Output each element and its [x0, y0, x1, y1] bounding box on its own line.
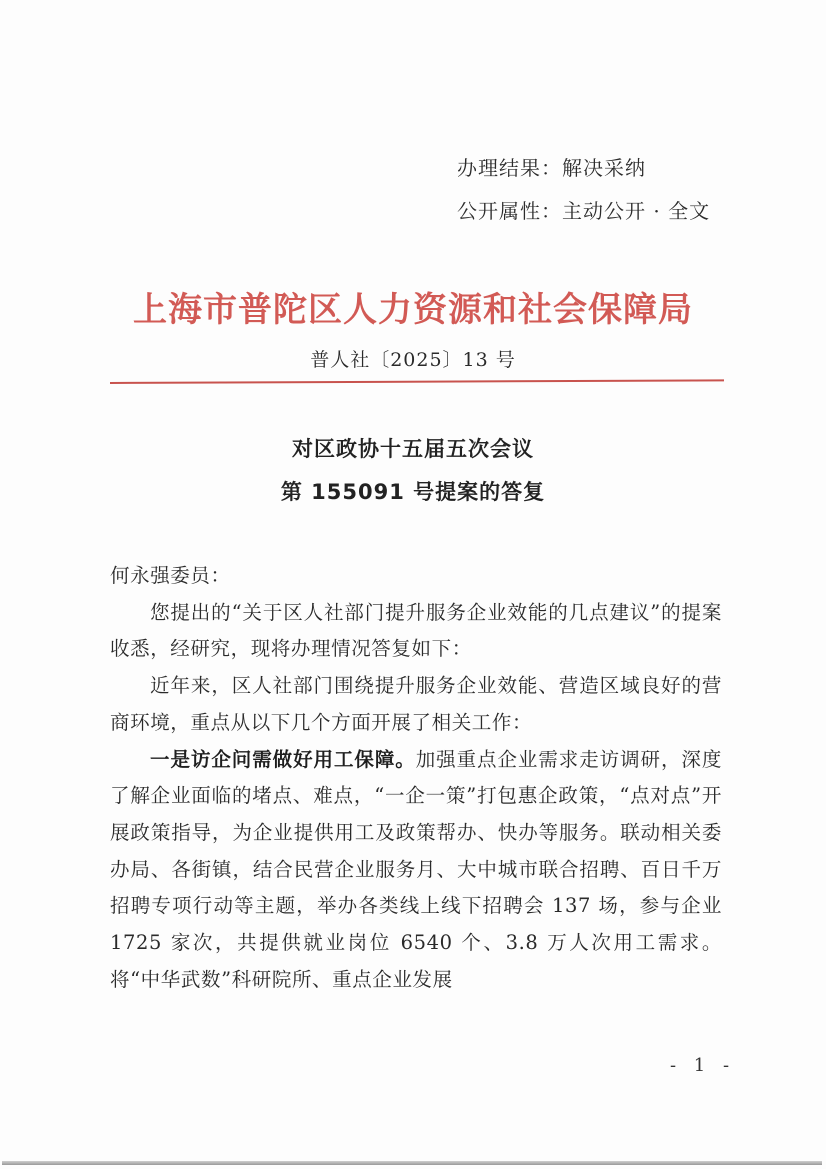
document-meta: 办理结果：解决采纳 公开属性：主动公开 · 全文: [457, 147, 710, 233]
page-number: - 1 -: [670, 1055, 735, 1076]
document-body: 何永强委员： 您提出的“关于区人社部门提升服务企业效能的几点建议”的提案收悉，经…: [110, 558, 722, 998]
body-paragraph-1: 您提出的“关于区人社部门提升服务企业效能的几点建议”的提案收悉，经研究，现将办理…: [110, 595, 722, 668]
handling-result-label: 办理结果：: [457, 156, 562, 180]
handling-result-value: 解决采纳: [562, 156, 646, 180]
body-paragraph-2: 近年来，区人社部门围绕提升服务企业效能、营造区域良好的营商环境，重点从以下几个方…: [110, 668, 722, 741]
section-1-paragraph: 一是访企问需做好用工保障。加强重点企业需求走访调研，深度了解企业面临的堵点、难点…: [110, 742, 722, 999]
document-number: 普人社〔2025〕13 号: [0, 345, 826, 372]
document-page: 办理结果：解决采纳 公开属性：主动公开 · 全文 上海市普陀区人力资源和社会保障…: [0, 0, 826, 1169]
handling-result: 办理结果：解决采纳: [457, 147, 710, 190]
section-1-heading: 一是访企问需做好用工保障。: [150, 748, 416, 771]
section-1-text: 加强重点企业需求走访调研，深度了解企业面临的堵点、难点，“一企一策”打包惠企政策…: [110, 748, 722, 991]
title-line-2: 第 155091 号提案的答复: [0, 471, 826, 514]
agency-masthead: 上海市普陀区人力资源和社会保障局: [0, 282, 826, 331]
disclosure-attribute: 公开属性：主动公开 · 全文: [457, 190, 710, 233]
disclosure-label: 公开属性：: [457, 199, 562, 223]
disclosure-value: 主动公开 · 全文: [562, 199, 710, 223]
page-bottom-edge: [2, 1161, 822, 1165]
red-divider-line: [110, 379, 724, 384]
title-line-1: 对区政协十五届五次会议: [0, 428, 826, 471]
document-title: 对区政协十五届五次会议 第 155091 号提案的答复: [0, 428, 826, 514]
salutation: 何永强委员：: [110, 558, 722, 595]
